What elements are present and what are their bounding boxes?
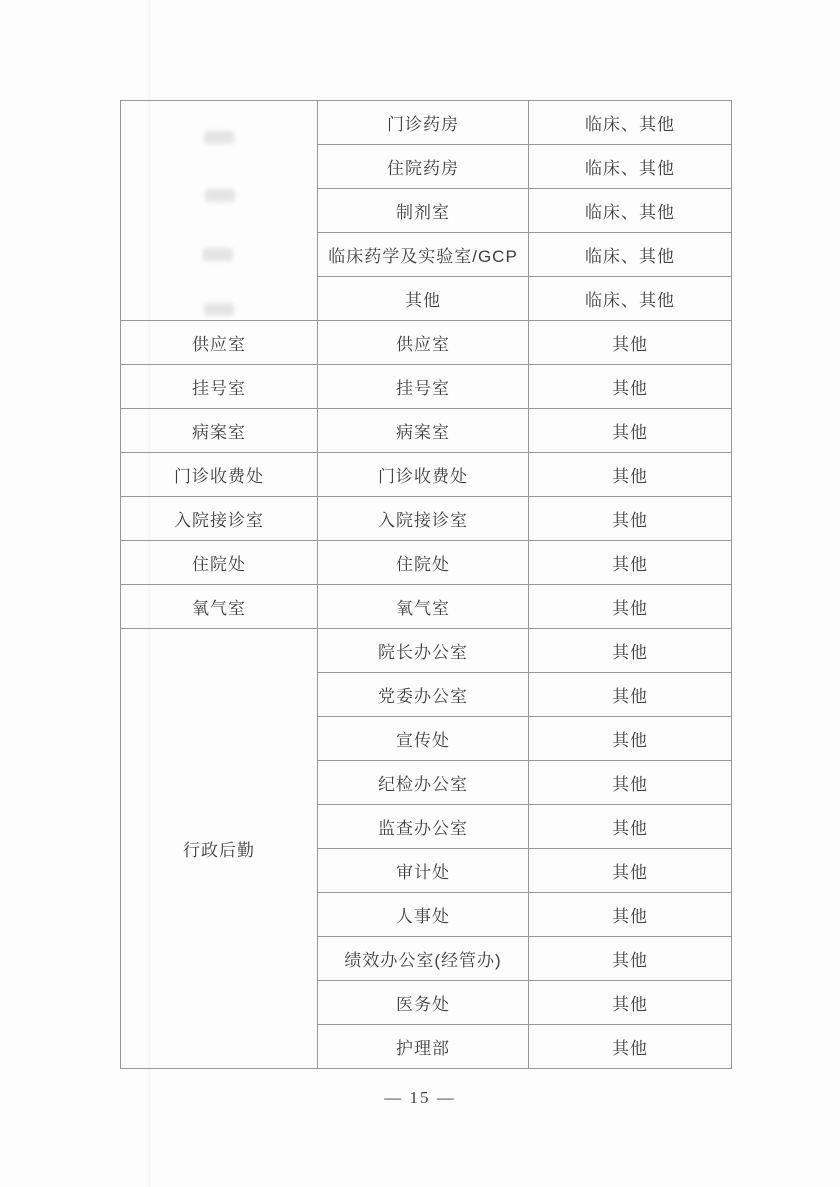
cell-category-admin: 行政后勤 bbox=[121, 629, 318, 1069]
cell-classification: 其他 bbox=[529, 409, 732, 453]
cell-classification: 其他 bbox=[529, 673, 732, 717]
bleedthrough-mark bbox=[205, 189, 235, 202]
cell-department: 监查办公室 bbox=[318, 805, 529, 849]
table-row: 氧气室 氧气室 其他 bbox=[121, 585, 732, 629]
page-number: — 15 — bbox=[0, 1088, 840, 1108]
cell-department: 纪检办公室 bbox=[318, 761, 529, 805]
cell-classification: 其他 bbox=[529, 761, 732, 805]
cell-department: 人事处 bbox=[318, 893, 529, 937]
bleedthrough-mark bbox=[204, 303, 234, 316]
table-row: 挂号室 挂号室 其他 bbox=[121, 365, 732, 409]
cell-classification: 其他 bbox=[529, 849, 732, 893]
cell-classification: 临床、其他 bbox=[529, 145, 732, 189]
table-row: 门诊收费处 门诊收费处 其他 bbox=[121, 453, 732, 497]
cell-department: 其他 bbox=[318, 277, 529, 321]
document-page: 门诊药房 临床、其他 住院药房 临床、其他 制剂室 临床、其他 临床药学及实验室… bbox=[0, 0, 840, 1187]
cell-department: 供应室 bbox=[318, 321, 529, 365]
cell-classification: 其他 bbox=[529, 541, 732, 585]
cell-classification: 其他 bbox=[529, 321, 732, 365]
bleedthrough-mark bbox=[203, 248, 233, 261]
department-table: 门诊药房 临床、其他 住院药房 临床、其他 制剂室 临床、其他 临床药学及实验室… bbox=[120, 100, 732, 1069]
cell-department: 审计处 bbox=[318, 849, 529, 893]
cell-classification: 其他 bbox=[529, 365, 732, 409]
cell-classification: 其他 bbox=[529, 497, 732, 541]
cell-classification: 其他 bbox=[529, 629, 732, 673]
cell-department: 医务处 bbox=[318, 981, 529, 1025]
cell-classification: 其他 bbox=[529, 893, 732, 937]
table-row: 入院接诊室 入院接诊室 其他 bbox=[121, 497, 732, 541]
cell-classification: 其他 bbox=[529, 937, 732, 981]
cell-classification: 其他 bbox=[529, 717, 732, 761]
cell-classification: 临床、其他 bbox=[529, 233, 732, 277]
cell-department: 挂号室 bbox=[318, 365, 529, 409]
table-row: 住院处 住院处 其他 bbox=[121, 541, 732, 585]
cell-department: 制剂室 bbox=[318, 189, 529, 233]
cell-department: 护理部 bbox=[318, 1025, 529, 1069]
cell-department: 党委办公室 bbox=[318, 673, 529, 717]
table-row: 病案室 病案室 其他 bbox=[121, 409, 732, 453]
cell-category: 氧气室 bbox=[121, 585, 318, 629]
cell-classification: 临床、其他 bbox=[529, 101, 732, 145]
cell-category: 门诊收费处 bbox=[121, 453, 318, 497]
cell-classification: 其他 bbox=[529, 805, 732, 849]
cell-department: 门诊收费处 bbox=[318, 453, 529, 497]
cell-classification: 其他 bbox=[529, 1025, 732, 1069]
cell-department: 临床药学及实验室/GCP bbox=[318, 233, 529, 277]
cell-category: 挂号室 bbox=[121, 365, 318, 409]
cell-classification: 其他 bbox=[529, 981, 732, 1025]
cell-department: 宣传处 bbox=[318, 717, 529, 761]
cell-classification: 其他 bbox=[529, 585, 732, 629]
cell-department: 病案室 bbox=[318, 409, 529, 453]
table-row: 供应室 供应室 其他 bbox=[121, 321, 732, 365]
cell-category: 病案室 bbox=[121, 409, 318, 453]
cell-classification: 其他 bbox=[529, 453, 732, 497]
cell-classification: 临床、其他 bbox=[529, 277, 732, 321]
cell-department: 绩效办公室(经管办) bbox=[318, 937, 529, 981]
bleedthrough-mark bbox=[204, 131, 234, 144]
table-row: 行政后勤 院长办公室 其他 bbox=[121, 629, 732, 673]
cell-department: 入院接诊室 bbox=[318, 497, 529, 541]
cell-department: 住院处 bbox=[318, 541, 529, 585]
cell-category: 住院处 bbox=[121, 541, 318, 585]
cell-category: 入院接诊室 bbox=[121, 497, 318, 541]
cell-department: 院长办公室 bbox=[318, 629, 529, 673]
cell-department: 氧气室 bbox=[318, 585, 529, 629]
cell-category: 供应室 bbox=[121, 321, 318, 365]
cell-department: 门诊药房 bbox=[318, 101, 529, 145]
cell-department: 住院药房 bbox=[318, 145, 529, 189]
cell-classification: 临床、其他 bbox=[529, 189, 732, 233]
